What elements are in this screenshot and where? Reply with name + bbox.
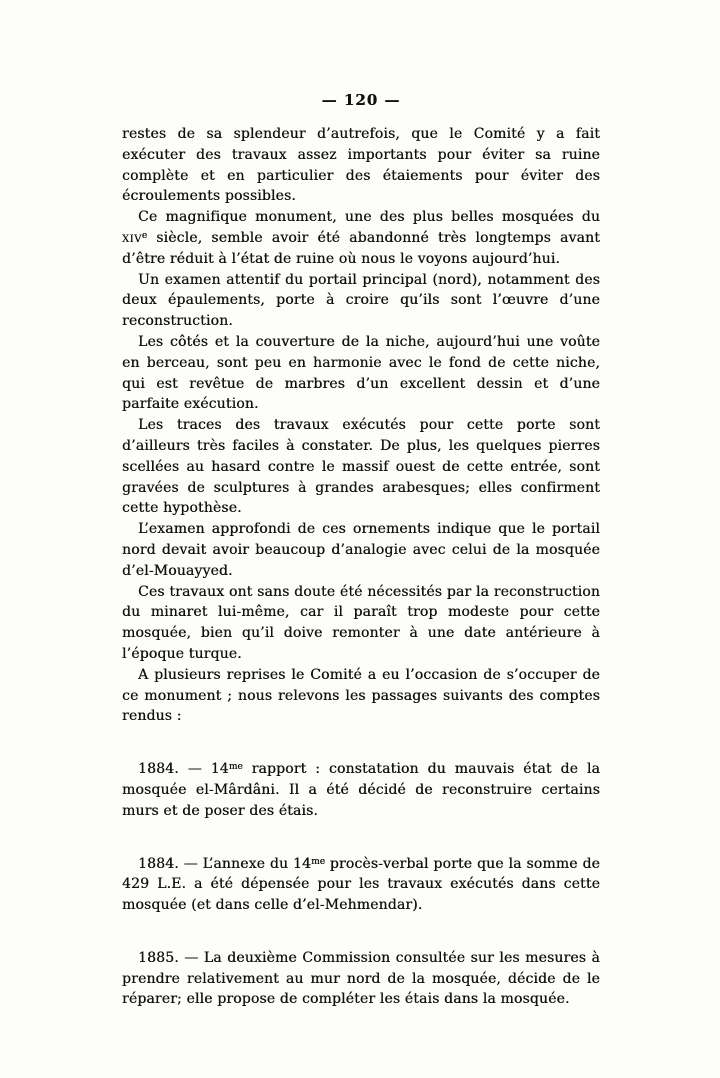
page-number: — 120 — — [122, 91, 600, 109]
paragraph-traces: Les traces des travaux exécutés pour cet… — [122, 415, 600, 519]
entry-text: 1884. — L’annexe du 14 — [138, 856, 311, 872]
report-entry-1884-annexe: 1884. — L’annexe du 14me procès-verbal p… — [122, 854, 600, 916]
paragraph-monument: Ce magnifique monument, une des plus bel… — [122, 207, 600, 269]
paragraph-minaret: Ces travaux ont sans doute été nécessité… — [122, 582, 600, 665]
report-entry-1884-rapport: 1884. — 14me rapport : constatation du m… — [122, 759, 600, 821]
paragraph-niche: Les côtés et la couverture de la niche, … — [122, 332, 600, 415]
paragraph-ornements: L’examen approfondi de ces ornements ind… — [122, 519, 600, 581]
report-entry-1885-commission: 1885. — La deuxième Commission consultée… — [122, 948, 600, 1010]
roman-numeral: xiv — [122, 230, 142, 246]
text-block: restes de sa splendeur d’autrefois, que … — [122, 124, 600, 1010]
paragraph-comite: A plusieurs reprises le Comité a eu l’oc… — [122, 665, 600, 727]
scanned-book-page: — 120 — restes de sa splendeur d’autrefo… — [0, 0, 720, 1078]
entry-text: 1884. — 14 — [138, 761, 229, 777]
paragraph-text: siècle, semble avoir été abandonné très … — [122, 230, 600, 267]
paragraph-portail: Un examen attentif du portail principal … — [122, 270, 600, 332]
paragraph-text: Ce magnifique monument, une des plus bel… — [138, 209, 600, 225]
paragraph-continuation: restes de sa splendeur d’autrefois, que … — [122, 124, 600, 207]
ordinal-superscript: me — [229, 762, 243, 772]
ordinal-superscript: me — [311, 857, 325, 867]
